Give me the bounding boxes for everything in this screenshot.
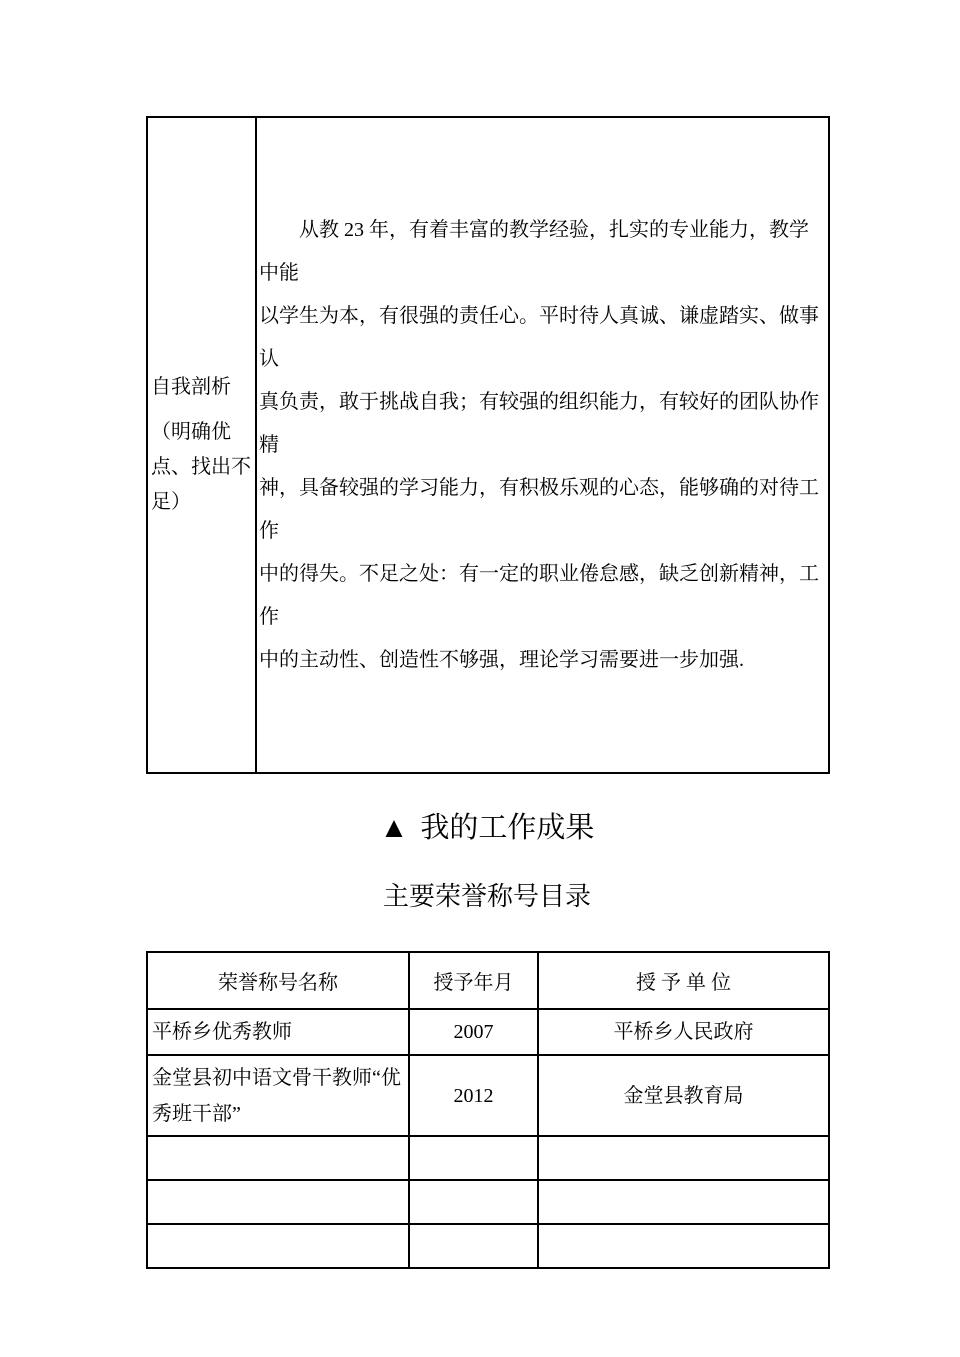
self-analysis-content-cell: 从教 23 年，有着丰富的教学经验，扎实的专业能力，教学中能 以学生为本，有很强… [256,117,829,773]
table-header-row: 荣誉称号名称 授予年月 授 予 单 位 [147,952,829,1009]
self-analysis-label-title: 自我剖析 [151,370,253,405]
table-row: 平桥乡优秀教师 2007 平桥乡人民政府 [147,1009,829,1055]
honor-name-cell [147,1224,409,1268]
honor-org-cell: 金堂县教育局 [538,1055,829,1136]
honor-year-cell [409,1136,538,1180]
triangle-icon: ▲ [380,812,409,844]
honor-year-cell: 2007 [409,1009,538,1055]
section-heading-text: 我的工作成果 [420,812,594,844]
honor-name-cell: 金堂县初中语文骨干教师“优 秀班干部” [147,1055,409,1136]
self-analysis-label-cell: 自我剖析 （明确优 点、找出不 足） [147,117,256,773]
honor-org-cell: 平桥乡人民政府 [538,1009,829,1055]
self-analysis-table: 自我剖析 （明确优 点、找出不 足） 从教 23 年，有着丰富的教学经验，扎实的… [146,116,830,774]
honors-subtitle: 主要荣誉称号目录 [146,881,828,913]
honor-year-cell [409,1224,538,1268]
table-row: 金堂县初中语文骨干教师“优 秀班干部” 2012 金堂县教育局 [147,1055,829,1136]
honor-name-cell [147,1180,409,1224]
self-analysis-paragraph: 从教 23 年，有着丰富的教学经验，扎实的专业能力，教学中能 以学生为本，有很强… [259,209,826,682]
header-award-org: 授 予 单 位 [538,952,829,1009]
honor-name-cell [147,1136,409,1180]
honor-year-cell: 2012 [409,1055,538,1136]
honor-year-cell [409,1180,538,1224]
document-content: 自我剖析 （明确优 点、找出不 足） 从教 23 年，有着丰富的教学经验，扎实的… [146,0,828,1269]
honor-org-cell [538,1180,829,1224]
honor-name-cell: 平桥乡优秀教师 [147,1009,409,1055]
table-row: 自我剖析 （明确优 点、找出不 足） 从教 23 年，有着丰富的教学经验，扎实的… [147,117,829,773]
honor-org-cell [538,1224,829,1268]
table-row [147,1224,829,1268]
self-analysis-label-note: （明确优 点、找出不 足） [151,415,253,520]
honor-org-cell [538,1136,829,1180]
honors-table: 荣誉称号名称 授予年月 授 予 单 位 平桥乡优秀教师 2007 平桥乡人民政府… [146,951,830,1269]
header-award-date: 授予年月 [409,952,538,1009]
document-page: 自我剖析 （明确优 点、找出不 足） 从教 23 年，有着丰富的教学经验，扎实的… [0,0,960,1357]
section-heading: ▲我的工作成果 [146,811,828,845]
header-honor-name: 荣誉称号名称 [147,952,409,1009]
table-row [147,1180,829,1224]
table-row [147,1136,829,1180]
